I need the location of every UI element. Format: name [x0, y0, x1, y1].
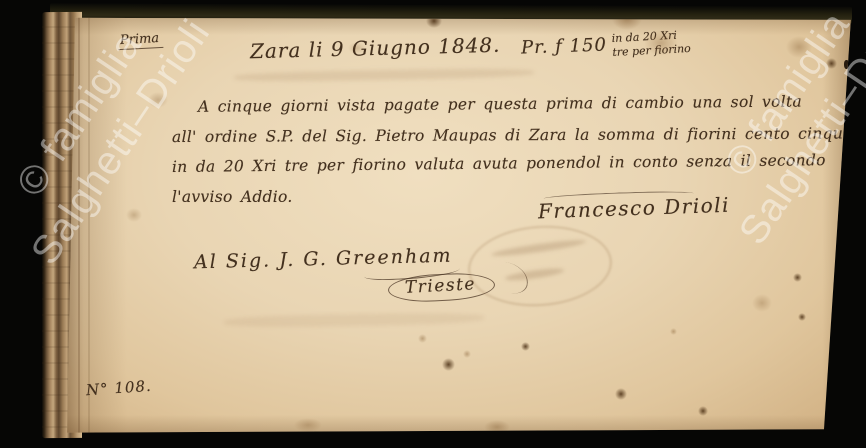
photo-stage: Prima Zara li 9 Giugno 1848. Pr. ƒ 150 i… [0, 0, 866, 448]
stain [698, 406, 708, 416]
amount: Pr. ƒ 150 [521, 35, 608, 59]
stain [793, 273, 802, 282]
stain [148, 92, 168, 108]
bleed-mark [504, 266, 565, 282]
stitch-mark [834, 390, 839, 399]
stain [484, 420, 510, 434]
stitch-mark [844, 60, 849, 69]
bleed-mark [224, 312, 484, 329]
stitch-mark [840, 254, 845, 263]
stain [644, 30, 678, 56]
stain [798, 313, 806, 321]
stain [418, 334, 427, 343]
stain [752, 294, 772, 312]
body-line: in da 20 Xri tre per fiorino valuta avut… [172, 145, 844, 182]
manuscript-page: Prima Zara li 9 Giugno 1848. Pr. ƒ 150 i… [64, 14, 854, 436]
stain [615, 388, 627, 400]
stain [348, 42, 366, 54]
copy-label: Prima [118, 31, 164, 50]
body-text: A cinque giorni vista pagate per questa … [172, 92, 844, 212]
bleed-mark [491, 237, 587, 258]
body-line: A cinque giorni vista pagate per questa … [172, 86, 844, 122]
bleed-mark [234, 67, 534, 82]
stain [463, 350, 471, 358]
dateline: Zara li 9 Giugno 1848. [250, 33, 501, 64]
stain [826, 58, 837, 69]
stain [442, 358, 455, 371]
signature: Francesco Drioli [538, 193, 731, 224]
body-line: l'avviso Addio. [172, 182, 844, 212]
stain [786, 36, 812, 58]
stain [670, 328, 677, 335]
document-number: N° 108. [85, 377, 152, 400]
binding-crease [78, 14, 80, 436]
stain [126, 208, 142, 222]
stain [521, 342, 530, 351]
binding-crease [88, 14, 90, 436]
stain [294, 418, 322, 432]
